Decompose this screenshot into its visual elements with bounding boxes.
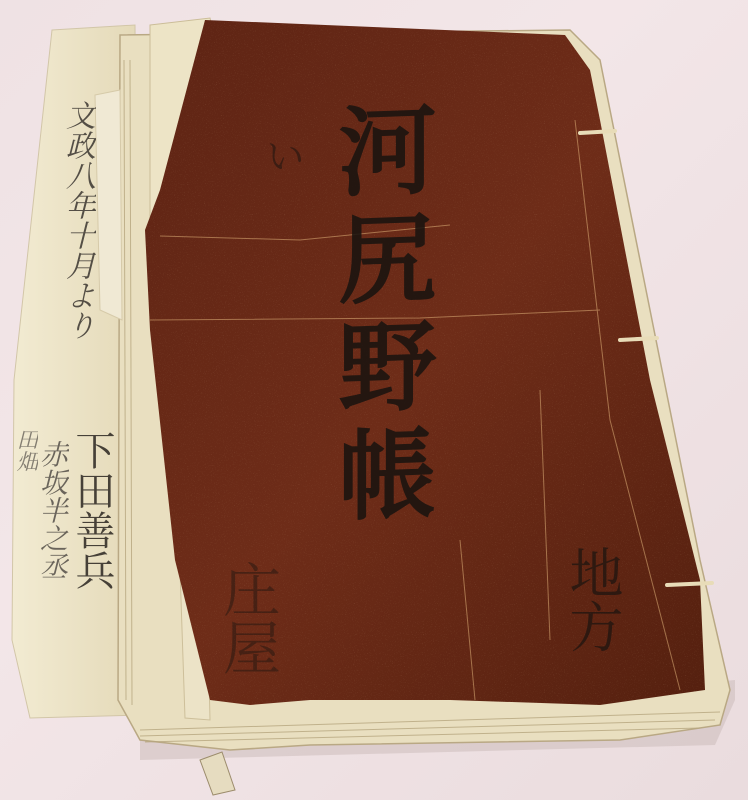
insert-date-line: 文政八年十月より bbox=[62, 100, 92, 340]
cover-bottom-left-mark: 庄屋 bbox=[218, 560, 276, 676]
insert-note-line: 田畑 bbox=[14, 428, 36, 472]
cover-title-calligraphy: 河尻野帳 bbox=[330, 98, 428, 533]
photo-scene: 河尻野帳 い 地方 庄屋 文政八年十月より 下田善兵 赤坂半之丞 田畑 bbox=[0, 0, 748, 800]
insert-name-line: 下田善兵 bbox=[72, 430, 112, 590]
cover-left-mark: い bbox=[262, 135, 302, 175]
cover-bottom-right-mark: 地方 bbox=[565, 545, 619, 653]
insert-name-line-2: 赤坂半之丞 bbox=[38, 440, 66, 580]
